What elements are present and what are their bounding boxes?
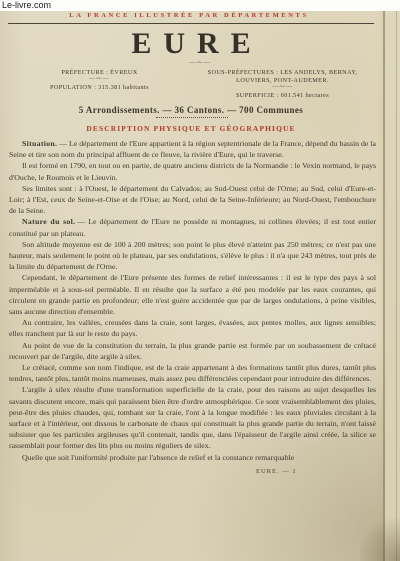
ornament-divider: —⁓— [8,77,191,82]
section-heading: DESCRIPTION PHYSIQUE ET GÉOGRAPHIQUE [8,124,374,133]
page-signature: EURE. — 1 [0,468,400,475]
population-label: POPULATION : 315.381 habitants [8,84,191,92]
paragraph-lead: Situation. [22,139,57,148]
masthead-info: PRÉFECTURE : ÉVREUX —⁓— POPULATION : 315… [8,69,374,100]
paragraph-1: Situation.— Le département de l'Eure app… [9,138,376,160]
paragraph-3: Ses limites sont : à l'Ouest, le départe… [9,183,376,217]
page-edge-strip [385,8,400,561]
paragraph-6: Cependant, le département de l'Eure prés… [9,272,376,317]
paragraph-11: Quelle que soit l'uniformité produite pa… [9,452,376,463]
paragraph-7: Au contraire, les vallées, creusées dans… [9,317,376,339]
watermark-bar: Le-livre.com [0,0,400,11]
dotted-divider [156,117,228,118]
page-edge-line-outer [396,8,397,561]
body-text: Situation.— Le département de l'Eure app… [0,138,400,463]
paragraph-5: Son altitude moyenne est de 100 à 200 mè… [9,239,376,273]
paragraph-lead: Nature du sol. [22,217,75,226]
watermark-text: Le-livre.com [2,0,51,10]
paragraph-9: Le crétacé, comme son nom l'indique, est… [9,362,376,384]
paragraph-10: L'argile à silex résulte d'une transform… [9,384,376,451]
ornament-divider: —⁓— [191,85,374,90]
scanned-book-page: Le-livre.com LA FRANCE ILLUSTRÉE PAR DÉP… [0,0,400,561]
sous-prefectures-line1: SOUS-PRÉFECTURES : LES ANDELYS, BERNAY, [191,69,374,77]
paragraph-8: Au point de vue de la constitution du te… [9,340,376,362]
sous-prefectures-column: SOUS-PRÉFECTURES : LES ANDELYS, BERNAY, … [191,69,374,100]
superficie-label: SUPERFICIE : 601.541 hectares [191,92,374,100]
title-ornament: —⁓— [0,61,400,66]
page-title: EURE [8,27,374,61]
corner-shadow [360,511,400,561]
prefecture-column: PRÉFECTURE : ÉVREUX —⁓— POPULATION : 315… [8,69,191,100]
horizontal-rule [8,23,374,24]
paragraph-4: Nature du sol.— Le département de l'Eure… [9,216,376,238]
paragraph-2: Il est formé en 1790, en tout ou en part… [9,160,376,182]
series-banner: LA FRANCE ILLUSTRÉE PAR DÉPARTEMENTS [8,12,370,19]
divisions-line: 5 Arrondissements. — 36 Cantons. — 700 C… [8,105,374,115]
